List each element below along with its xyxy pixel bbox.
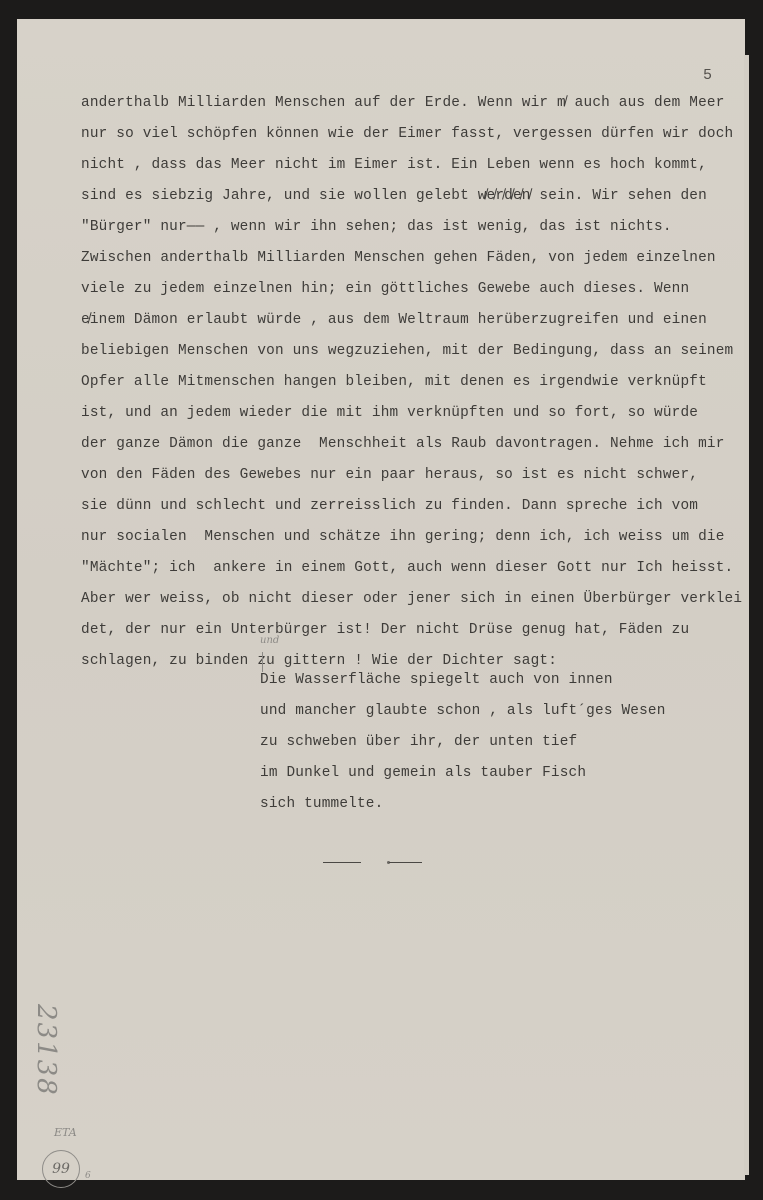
verse-line: sich tummelte.: [260, 796, 383, 812]
insertion-caret: [262, 652, 263, 672]
text-line: Aber wer weiss, ob nicht dieser oder jen…: [81, 591, 751, 607]
text-line: von den Fäden des Gewebes nur ein paar h…: [81, 467, 698, 483]
text-line: der ganze Dämon die ganze Menschheit als…: [81, 436, 725, 452]
verse-line: und mancher glaubte schon , als luft´ges…: [260, 703, 666, 719]
text-line: viele zu jedem einzelnen hin; ein göttli…: [81, 281, 689, 297]
closing-rule-right: [389, 862, 422, 863]
text-line: "Mächte"; ich ankere in einem Gott, auch…: [81, 560, 733, 576]
text-line: nur so viel schöpfen können wie der Eime…: [81, 126, 733, 142]
text-line: e̸inem Dämon erlaubt würde , aus dem Wel…: [81, 312, 707, 328]
verse-line: Die Wasserfläche spiegelt auch von innen: [260, 672, 613, 688]
text-line: nur socialen Menschen und schätze ihn ge…: [81, 529, 725, 545]
text-line: sind es siebzig Jahre, und sie wollen ge…: [81, 188, 707, 204]
text-line: beliebigen Menschen von uns wegzuziehen,…: [81, 343, 733, 359]
verse-line: zu schweben über ihr, der unten tief: [260, 734, 577, 750]
small-pencil-mark: 6: [85, 1171, 91, 1181]
circled-folio-number: 99: [42, 1150, 80, 1188]
archive-number: 23138: [31, 1004, 61, 1097]
text-line: det, der nur ein Unterbürger ist! Der ni…: [81, 622, 689, 638]
text-line: nicht , dass das Meer nicht im Eimer ist…: [81, 157, 707, 173]
text-line: Opfer alle Mitmenschen hangen bleiben, m…: [81, 374, 707, 390]
text-line: schlagen, zu binden zu gittern ! Wie der…: [81, 653, 557, 669]
text-line: ist, und an jedem wieder die mit ihm ver…: [81, 405, 698, 421]
text-line: anderthalb Milliarden Menschen auf der E…: [81, 95, 725, 111]
page-number: 5: [703, 67, 712, 84]
manuscript-page: 5 anderthalb Milliarden Menschen auf der…: [17, 19, 745, 1180]
text-line: sie dünn und schlecht und zerreisslich z…: [81, 498, 698, 514]
text-line: "Bürger" nur—— , wenn wir ihn sehen; das…: [81, 219, 672, 235]
handwritten-insertion: und: [260, 635, 279, 646]
archive-mark: ETA: [54, 1126, 77, 1139]
text-line: Zwischen anderthalb Milliarden Menschen …: [81, 250, 716, 266]
closing-rule-left: [323, 862, 361, 863]
verse-line: im Dunkel und gemein als tauber Fisch: [260, 765, 586, 781]
